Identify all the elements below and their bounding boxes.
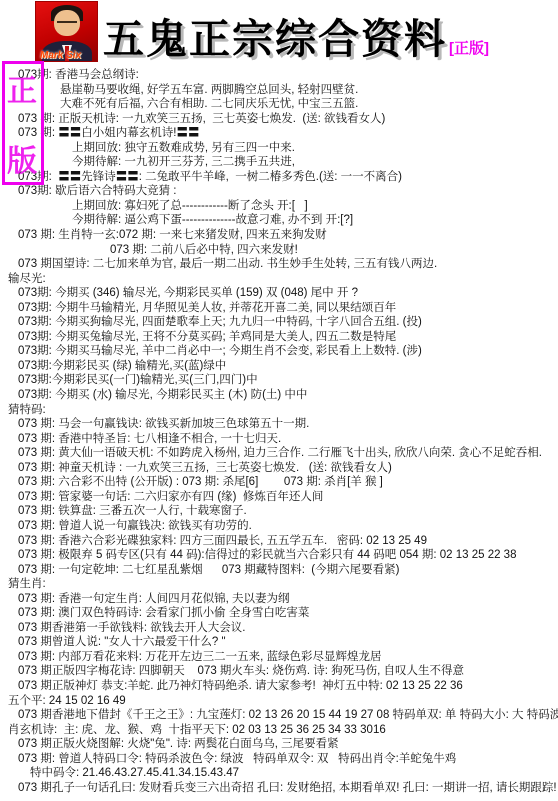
text-line: 073 期: 马会一句赢钱诀: 欲钱买新加坡三色球第五十一期. (0, 417, 556, 432)
text-line: 猜特码: (0, 403, 556, 418)
portrait-photo: Mark Six (35, 1, 98, 62)
text-line: 073 期: 香港中特圣旨: 七八相逢不相合, 一十七归天. (0, 432, 556, 447)
text-line: 输尽光: (0, 272, 556, 287)
text-line: 大难不死有后福, 六合有相助. 二七同庆乐无忧, 中宝三五篮. (0, 97, 556, 112)
text-line: 肖玄机诗: 主: 虎、龙、猴、鸡 十指平天下: 02 03 13 25 36 2… (0, 723, 556, 738)
text-line: 073 期国望诗: 二七加来单为官, 最后一期二出动. 书生妙手生处转, 三五有… (0, 257, 556, 272)
text-line: 073 期: 曾道人说一句赢钱决: 欲钱买有功劳的. (0, 519, 556, 534)
text-line: 073 期: 正版天机诗: 一九欢笑三五扬, 三七英姿七焕发. (送: 欲钱看女… (0, 112, 556, 127)
edition-tag: [正版] (449, 40, 489, 57)
header: Mark Six 五鬼正宗综合资料[正版] (0, 0, 558, 66)
stamp-char-top: 正 (7, 66, 37, 110)
stamp-char-bottom: 版 (7, 136, 37, 180)
text-line: 073 期: 一句定乾坤: 二七红星乱紫烟 073 期藏特图料: (今期六尾要看… (0, 563, 556, 578)
photo-caption: Mark Six (40, 50, 81, 61)
text-line: 073 期: 香港一句定生肖: 人间四月花似锦, 夫以妻为纲 (0, 592, 556, 607)
text-line: 073 期香港第一手欲钱料: 欲钱去开人大会议. (0, 621, 556, 636)
text-line: 073期: 今期牛马输精光, 月华照见美人妆, 并蒂花开喜二美, 同以果结颂百年 (0, 301, 556, 316)
page-title: 五鬼正宗综合资料 (103, 16, 447, 62)
text-line: 073 期正版神灯 恭支:羊蛇. 此乃神灯特码绝杀. 请大家参考! 神灯五中特:… (0, 679, 556, 694)
text-line: 今期待解: 逼公鸡下蛋--------------故意刁难, 办不到 开:[?] (0, 213, 556, 228)
text-line: 五个平: 24 15 02 16 49 (0, 694, 556, 709)
authenticity-stamp: 正 版 (2, 61, 44, 185)
portrait-glasses (57, 21, 77, 28)
text-line: 073 期: 极限弃 5 码专区(只有 44 码):信得过的彩民就当六合彩只有 … (0, 548, 556, 563)
text-line: 073 期: 香港六合彩光碟独家料: 四方三面四最长, 五五学五车. 密码: 0… (0, 534, 556, 549)
text-line: 073期: 香港马会总纲诗: (0, 68, 556, 83)
text-line: 073 期: 生肖特一玄:072 期: 一来七来猪发财, 四来五来狗发财 (0, 228, 556, 243)
text-line: 073期: 今期买马输尽光, 羊中二肖必中一; 今期生肖不会变, 彩民看上上数特… (0, 344, 556, 359)
text-line: 073 期: 管家婆一句话: 二六归家亦有四 (缘) 修炼百年还人间 (0, 490, 556, 505)
text-line: 今期待解: 一九初开三芬芳, 三二携手五共进, (0, 155, 556, 170)
text-line: 悬崖勒马要收绳, 好学五车富. 两脚腾空总回头, 轻射四壁贫. (0, 83, 556, 98)
text-line: 073 期香港地下借封《千王之王》: 九宝莲灯: 02 13 26 20 15 … (0, 708, 556, 723)
text-line: 073 期: 〓〓白小姐内幕玄机诗!〓〓 (0, 126, 556, 141)
text-line: 073期: 〓〓先锋诗〓〓: 二兔敢平牛羊峰, 一树二椿多秀色.(送: 一一不离… (0, 170, 556, 185)
text-line: 073 期正版四字梅花诗: 四脚朝天 073 期火车头: 烧伤鸡. 诗: 狗死马… (0, 664, 556, 679)
text-line: 上期回放: 寡妇死了总------------断了念头 开:[ ] (0, 199, 556, 214)
text-line: 073 期: 铁算盘: 三番五次一人行, 十载寒窗子. (0, 504, 556, 519)
text-line: 073期: 今期买 (水) 输尽光, 今期彩民买主 (木) 防(土) 中中 (0, 388, 556, 403)
text-line: 073期: 今期买 (346) 输尽光, 今期彩民买单 (159) 双 (048… (0, 286, 556, 301)
text-line: 073 期: 黄大仙一语破天机: 不如跨虎入杨州, 迫力三合作. 二行雁飞十出头… (0, 446, 556, 461)
text-line: 073期: 歇后语六合特码大竞猜 : (0, 184, 556, 199)
text-line: 上期回放: 独守五数难成势, 另有三四一中来. (0, 141, 556, 156)
text-line: 073 期孔子一句话孔曰: 发财看兵变三六出奇招 孔曰: 发财绝招, 本期看单双… (0, 781, 556, 796)
text-line: 073 期曾道人说: "女人十六最爱干什么? " (0, 635, 556, 650)
document-body: 073期: 香港马会总纲诗:悬崖勒马要收绳, 好学五车富. 两脚腾空总回头, 轻… (0, 68, 556, 801)
text-line: 073期: 今期买狗输尽光, 四面楚歌奉上天; 九九归一中特码, 十字八回合五组… (0, 315, 556, 330)
text-line: 073 期: 神童天机诗 : 一九欢笑三五扬, 三七英姿七焕发. (送: 欲钱看… (0, 461, 556, 476)
page: { "header": { "title": "五鬼正宗综合资料", "edit… (0, 0, 558, 801)
text-line: 073 期: 内部万看花来料: 万花开左边三二一五来, 蓝绿色彩尽显辉煌龙居 (0, 650, 556, 665)
text-line: 073 期: 澳门双色特码诗: 会看家门抓小偷 全身雪白吃害菜 (0, 606, 556, 621)
text-line: 073期:今期彩民买 (绿) 输精光,买(蓝)绿中 (0, 359, 556, 374)
text-line: 073期:今期彩民买(一门)输精光,买(三门,四门)中 (0, 373, 556, 388)
text-line: 特中码令: 21.46.43.27.45.41.34.15.43.47 (0, 766, 556, 781)
text-line: 猜生肖: (0, 577, 556, 592)
text-line: 073 期: 曾道人特码口令: 特码杀波色令: 绿波 特码单双令: 双 特码出肖… (0, 752, 556, 767)
text-line: 073 期: 二前八后必中特, 四六来发财! (0, 243, 556, 258)
text-line: 073期: 今期买兔输尽光, 王将不分莫买码; 羊鸡同是大美人, 四五二数是特尾 (0, 330, 556, 345)
text-line: 073 期正版火烧图解: 火烧"兔". 诗: 两鬓花白面乌乌, 三尾要看紧 (0, 737, 556, 752)
text-line: 073 期: 六合彩不出特 (公开版) : 073 期: 杀尾[6] 073 期… (0, 475, 556, 490)
